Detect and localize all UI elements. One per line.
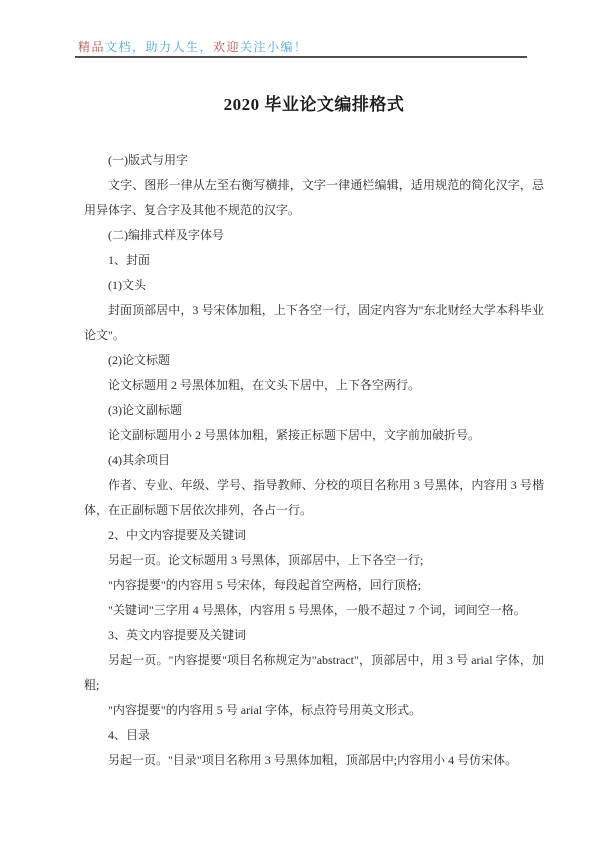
body-paragraph: 另起一页。论文标题用 3 号黑体，顶部居中，上下各空一行; bbox=[84, 548, 544, 573]
body-paragraph: 另起一页。"内容提要"项目名称规定为"abstract"，顶部居中，用 3 号 … bbox=[84, 648, 544, 698]
document-title: 2020 毕业论文编排格式 bbox=[84, 90, 544, 115]
body-paragraph: 作者、专业、年级、学号、指导教师、分校的项目名称用 3 号黑体，内容用 3 号楷… bbox=[84, 473, 544, 523]
body-paragraph: (4)其余项目 bbox=[84, 448, 544, 473]
body-paragraph: 3、英文内容提要及关键词 bbox=[84, 623, 544, 648]
body-paragraph: (1)文头 bbox=[84, 273, 544, 298]
slogan-segment: 精品 bbox=[78, 40, 105, 54]
header-slogan: 精品文档，助力人生，欢迎关注小编！ bbox=[78, 38, 308, 55]
document-page: 精品文档，助力人生，欢迎关注小编！ 2020 毕业论文编排格式 (一)版式与用字… bbox=[0, 0, 600, 848]
body-paragraph: 封面顶部居中，3 号宋体加粗，上下各空一行，固定内容为"东北财经大学本科毕业论文… bbox=[84, 298, 544, 348]
body-paragraph: 论文标题用 2 号黑体加粗，在文头下居中，上下各空两行。 bbox=[84, 373, 544, 398]
body-paragraph: 4、目录 bbox=[84, 723, 544, 748]
body-paragraph: (一)版式与用字 bbox=[84, 148, 544, 173]
body-paragraph: (二)编排式样及字体号 bbox=[84, 223, 544, 248]
body-paragraph: 2、中文内容提要及关键词 bbox=[84, 523, 544, 548]
body-paragraph: "内容提要"的内容用 5 号 arial 字体，标点符号用英文形式。 bbox=[84, 698, 544, 723]
body-paragraph: "关键词"三字用 4 号黑体，内容用 5 号黑体，一般不超过 7 个词，词间空一… bbox=[84, 598, 544, 623]
slogan-segment: 文档，助力人生， bbox=[105, 40, 213, 54]
body-paragraph: (2)论文标题 bbox=[84, 348, 544, 373]
body-paragraph: (3)论文副标题 bbox=[84, 398, 544, 423]
header-divider bbox=[75, 56, 527, 58]
body-paragraph: 1、封面 bbox=[84, 248, 544, 273]
body-paragraph: 另起一页。"目录"项目名称用 3 号黑体加粗，顶部居中;内容用小 4 号仿宋体。 bbox=[84, 748, 544, 773]
body-paragraph: "内容提要"的内容用 5 号宋体，每段起首空两格，回行顶格; bbox=[84, 573, 544, 598]
body-paragraph: 论文副标题用小 2 号黑体加粗，紧接正标题下居中，文字前加破折号。 bbox=[84, 423, 544, 448]
body-paragraph: 文字、图形一律从左至右衡写横排，文字一律通栏编辑，适用规范的简化汉字，忌用异体字… bbox=[84, 173, 544, 223]
document-body: (一)版式与用字 文字、图形一律从左至右衡写横排，文字一律通栏编辑，适用规范的简… bbox=[84, 148, 544, 773]
slogan-segment: 欢迎 bbox=[213, 40, 240, 54]
slogan-segment: 关注小编！ bbox=[240, 40, 308, 54]
